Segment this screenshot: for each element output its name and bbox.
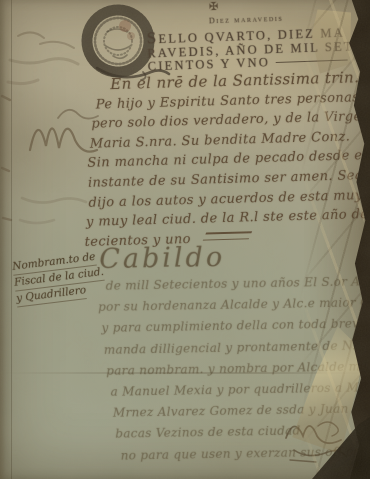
signature-rubric xyxy=(278,412,360,470)
flourished-opening-word: Cabildo xyxy=(95,239,364,276)
handwritten-invocation: En el nrē de la Santissima trin. Pe hijo… xyxy=(78,68,355,252)
stamp-heading-block: Diez maravedis SELLO QVARTO, DIEZ MA RAV… xyxy=(146,12,348,74)
left-page-fold xyxy=(0,0,13,479)
stamp-rule-dash xyxy=(276,60,348,63)
cross-ornament: ✠ xyxy=(209,0,219,13)
left-fold-crease-line xyxy=(11,0,12,479)
manuscript-page: ✠ Diez maravedis SELLO QVARTO, DIEZ MA R… xyxy=(0,0,370,479)
pen-flourish-rule xyxy=(203,231,252,240)
